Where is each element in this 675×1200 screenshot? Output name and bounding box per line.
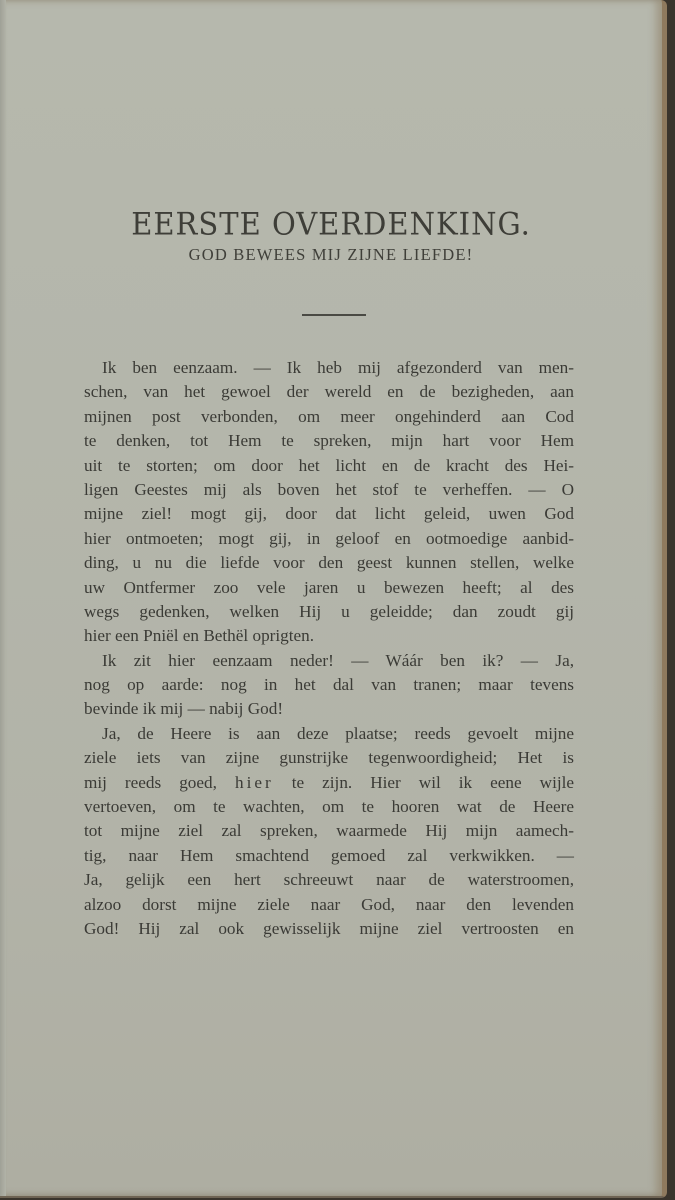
- emphasized-word: hier: [235, 773, 274, 792]
- text-line: mijnen post verbonden, om meer ongehinde…: [84, 405, 574, 429]
- text-line: uw Ontfermer zoo vele jaren u bewezen he…: [84, 576, 574, 600]
- text-line-mixed: mij reeds goed, hier te zijn. Hier wil i…: [84, 771, 574, 795]
- page-title: EERSTE OVERDENKING.: [0, 207, 662, 243]
- text-line: alzoo dorst mijne ziele naar God, naar d…: [84, 893, 574, 917]
- text-line: ligen Geestes mij als boven het stof te …: [84, 478, 574, 502]
- text-line: schen, van het gewoel der wereld en de b…: [84, 380, 574, 404]
- text-line: Ik zit hier eenzaam neder! — Wáár ben ik…: [84, 649, 574, 673]
- text-line: Ja, gelijk een hert schreeuwt naar de wa…: [84, 868, 574, 892]
- text-line: uit te storten; om door het licht en de …: [84, 454, 574, 478]
- binding-edge: [0, 0, 6, 1196]
- text-line: ziele iets van zijne gunstrijke tegenwoo…: [84, 746, 574, 770]
- section-divider: [302, 314, 366, 316]
- text-line: nog op aarde: nog in het dal van tranen;…: [84, 673, 574, 697]
- text-line: hier ontmoeten; mogt gij, in geloof en o…: [84, 527, 574, 551]
- book-page: EERSTE OVERDENKING. GOD BEWEES MIJ ZIJNE…: [0, 0, 667, 1198]
- text-segment: te zijn. Hier wil ik eene wijle: [292, 773, 574, 792]
- body-text: Ik ben eenzaam. — Ik heb mij afgezonderd…: [84, 356, 574, 941]
- text-line: ding, u nu die liefde voor den geest kun…: [84, 551, 574, 575]
- text-line: tig, naar Hem smachtend gemoed zal verkw…: [84, 844, 574, 868]
- text-segment: mij reeds goed,: [84, 773, 217, 792]
- text-line: hier een Pniël en Bethël oprigten.: [84, 624, 574, 648]
- text-line: wegs gedenken, welken Hij u geleidde; da…: [84, 600, 574, 624]
- text-line: tot mijne ziel zal spreken, waarmede Hij…: [84, 819, 574, 843]
- text-line: Ik ben eenzaam. — Ik heb mij afgezonderd…: [84, 356, 574, 380]
- text-line: te denken, tot Hem te spreken, mijn hart…: [84, 429, 574, 453]
- text-line: mijne ziel! mogt gij, door dat licht gel…: [84, 502, 574, 526]
- page-subtitle: GOD BEWEES MIJ ZIJNE LIEFDE!: [0, 245, 662, 265]
- text-line: God! Hij zal ook gewisselijk mijne ziel …: [84, 917, 574, 941]
- text-line: Ja, de Heere is aan deze plaatse; reeds …: [84, 722, 574, 746]
- text-line: vertoeven, om te wachten, om te hooren w…: [84, 795, 574, 819]
- text-line: bevinde ik mij — nabij God!: [84, 697, 574, 721]
